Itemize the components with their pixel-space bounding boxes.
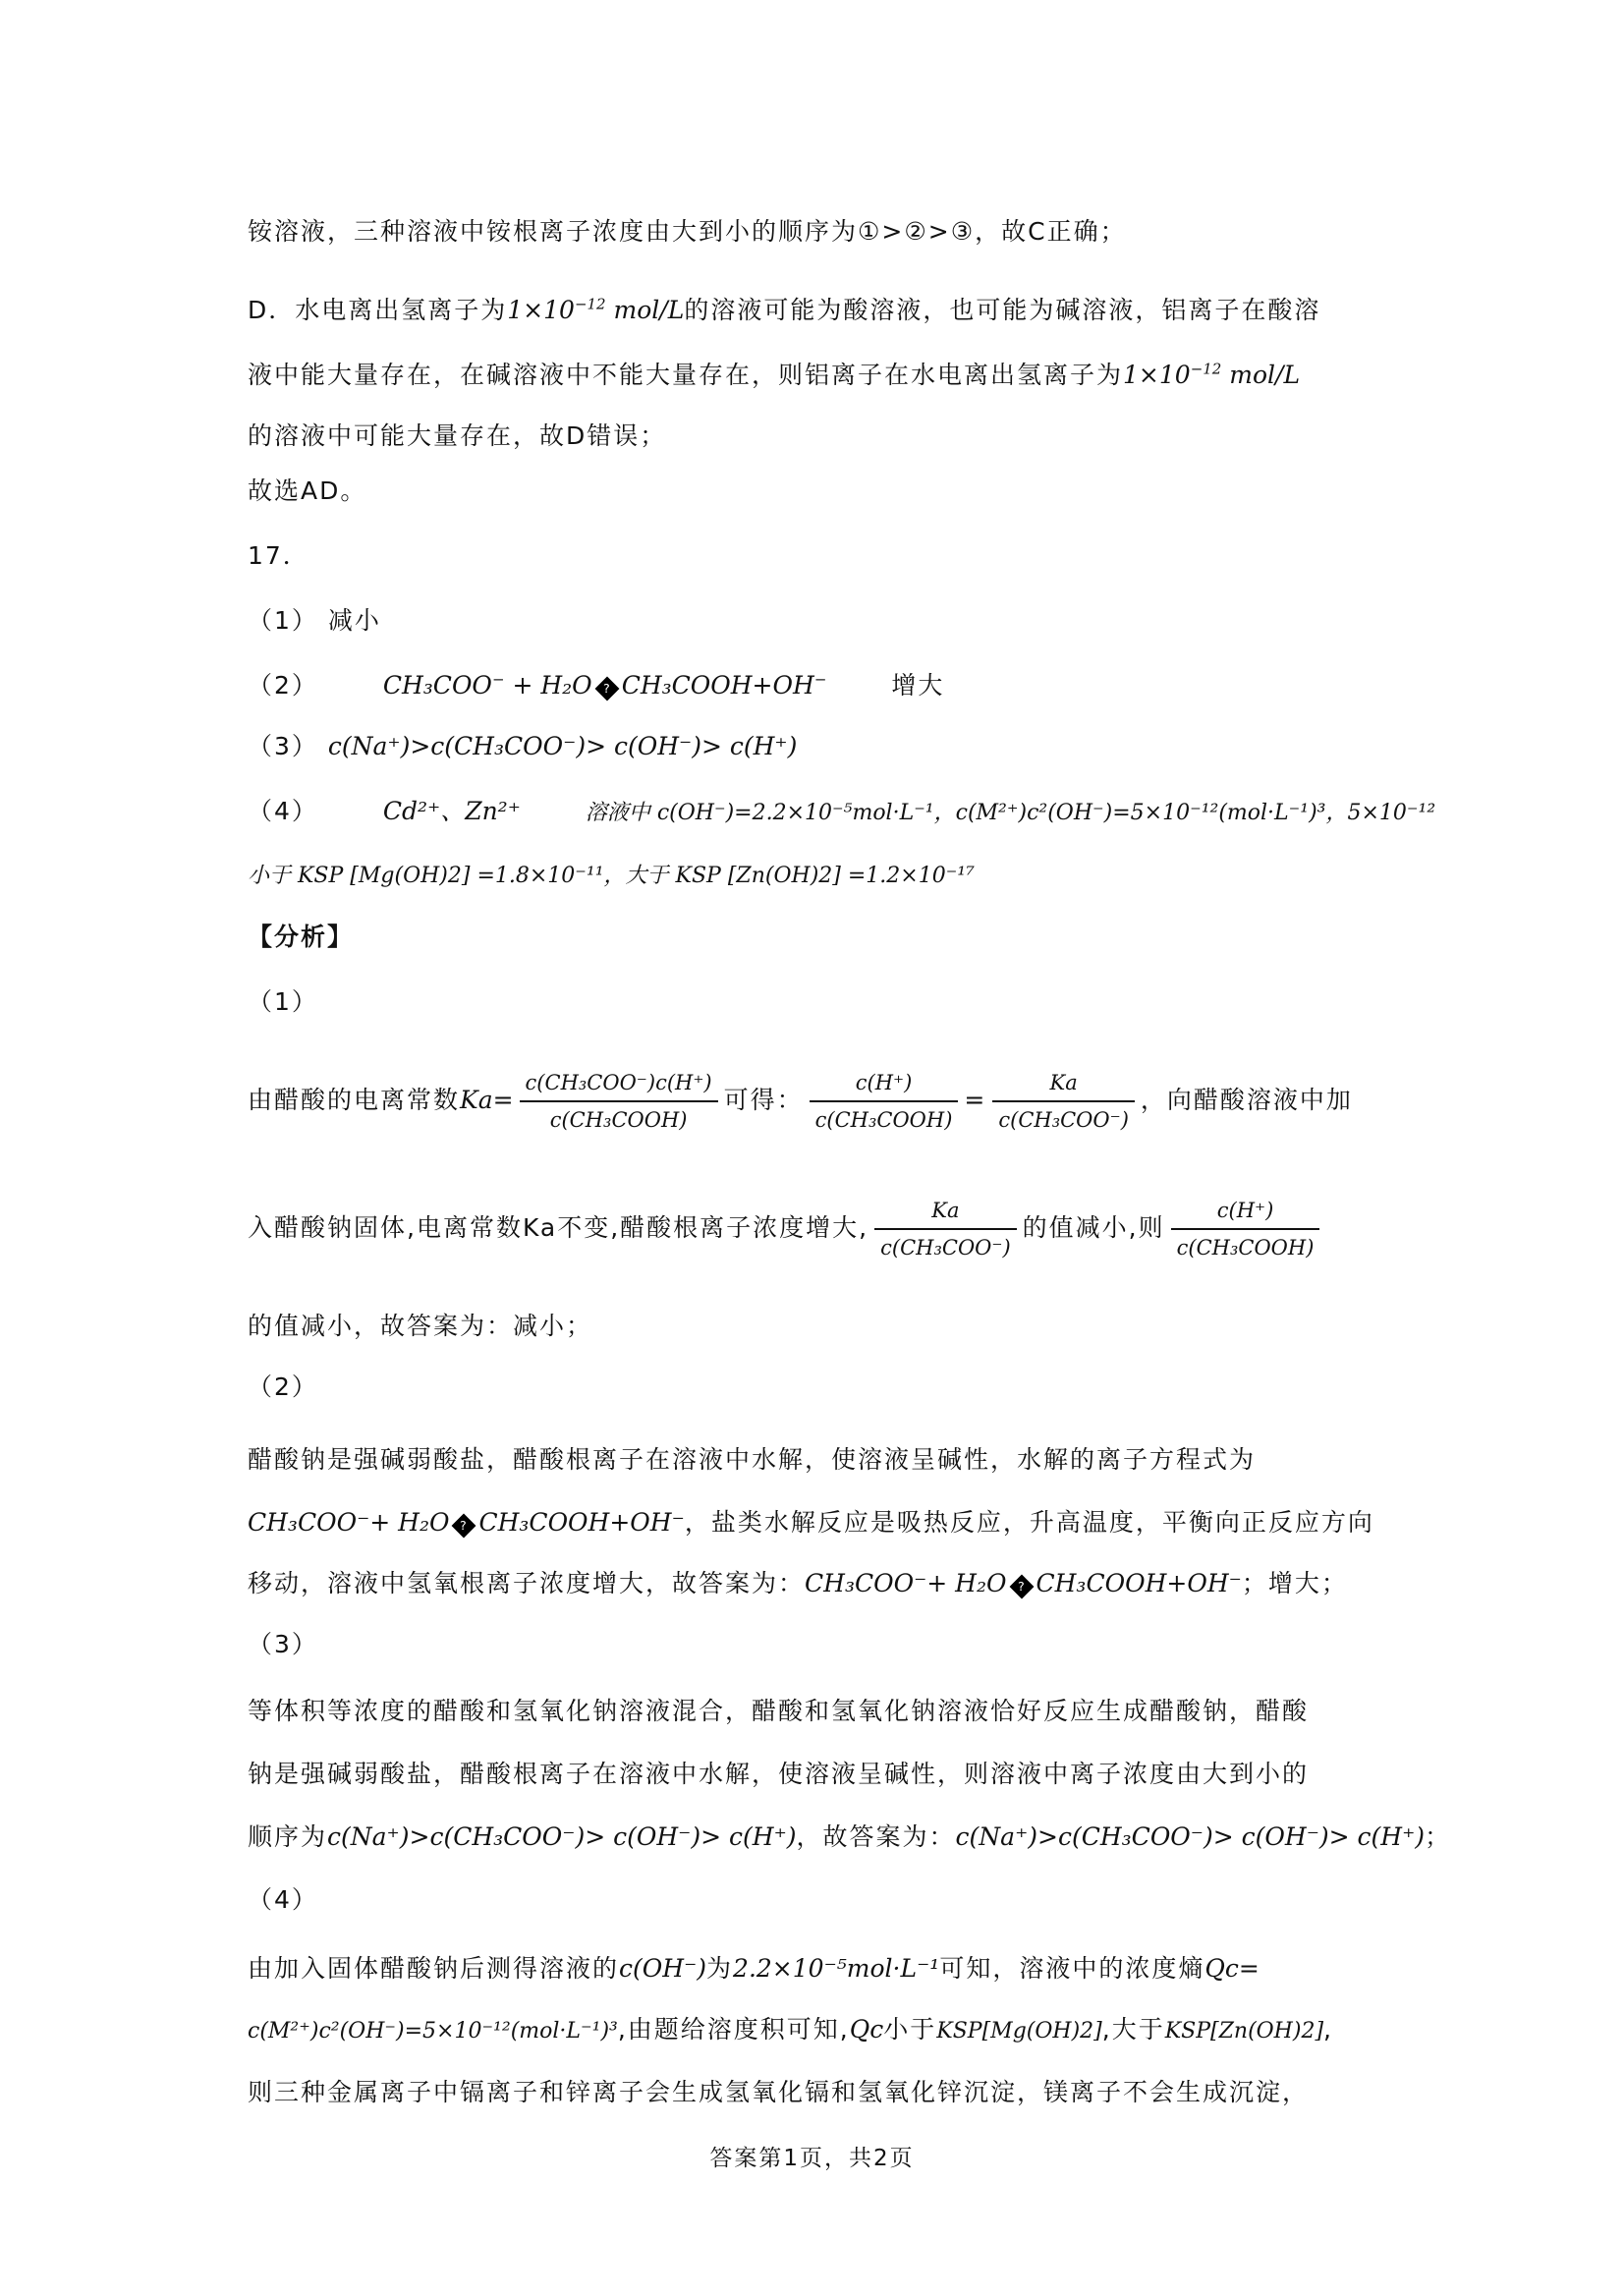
reversible-arrow-icon: ? [452,1514,476,1539]
reversible-arrow-icon: ? [594,677,619,701]
answer-label: （2） [248,671,318,700]
text-span: 可得： [724,1086,804,1114]
text-span: 的值减小,则 [1023,1213,1165,1242]
math-exponent: −12 [575,296,606,313]
ka-label: Ka= [460,1086,514,1114]
answer-label: （3） [248,732,318,760]
answer-4-line2: 小于 KSP [Mg(OH)2] =1.8×10⁻¹¹，大于 KSP [Zn(O… [248,855,975,896]
answer-ions: Cd²⁺、Zn²⁺ [383,797,521,825]
reversible-arrow-icon: ? [1009,1575,1034,1599]
answer-1: （1） 减小 [248,601,381,641]
text-line: 钠是强碱弱酸盐，醋酸根离子在溶液中水解，使溶液呈碱性，则溶液中离子浓度由大到小的 [248,1755,1309,1794]
text-line: c(M²⁺)c²(OH⁻)=5×10⁻¹²(mol·L⁻¹)³,由题给溶度积可知… [248,2010,1333,2051]
analysis-p1-line1: 由醋酸的电离常数Ka=c(CH₃COO⁻)c(H⁺)c(CH₃COOH)可得：c… [248,1051,1353,1149]
answer-text: 小于 KSP [Mg(OH)2] =1.8×10⁻¹¹，大于 KSP [Zn(O… [248,864,975,888]
answer-4: （4） Cd²⁺、Zn²⁺ 溶液中 c(OH⁻)=2.2×10⁻⁵mol·L⁻¹… [248,792,1435,833]
question-number: 17． [248,536,309,576]
document-page: 铵溶液，三种溶液中铵根离子浓度由大到小的顺序为①>②>③，故C正确； D．水电离… [0,0,1624,2296]
text-line: 移动，溶液中氢氧根离子浓度增大，故答案为：CH₃COO⁻+ H₂O?CH₃COO… [248,1564,1348,1603]
answer-text: 减小 [328,606,381,635]
text-line: 液中能大量存在，在碱溶液中不能大量存在，则铝离子在水电离出氢离子为1×10−12… [248,356,1300,395]
text-span: 入醋酸钠固体,电离常数Ka不变,醋酸根离子浓度增大, [248,1213,868,1242]
page-footer: 答案第1页，共2页 [0,2140,1624,2172]
answer-label: （1） [248,606,318,635]
analysis-label-1: （1） [248,982,318,1022]
analysis-heading: 【分析】 [248,918,354,957]
fraction-ka-ratio: Kac(CH₃COO⁻) [992,1069,1135,1134]
math-value: 1×10 [1123,361,1191,389]
answer-text: 增大 [891,671,944,700]
text-line: CH₃COO⁻+ H₂O?CH₃COOH+OH⁻，盐类水解反应是吸热反应，升高温… [248,1503,1374,1542]
math-value: 1×10 [507,296,575,324]
text-line: D．水电离出氢离子为1×10−12 mol/L的溶液可能为酸溶液，也可能为碱溶液… [248,291,1320,330]
text-span: ，向醋酸溶液中加 [1141,1086,1353,1114]
text-line: 醋酸钠是强碱弱酸盐，醋酸根离子在溶液中水解，使溶液呈碱性，水解的离子方程式为 [248,1440,1256,1480]
equation-plus: + H₂O [505,671,592,700]
answer-text: c(Na⁺)>c(CH₃COO⁻)> c(OH⁻)> c(H⁺) [328,732,798,760]
text-line: 由加入固体醋酸钠后测得溶液的c(OH⁻)为2.2×10⁻⁵mol·L⁻¹可知，溶… [248,1949,1260,1988]
text-span: 由醋酸的电离常数 [248,1086,460,1114]
text-line: 的溶液中可能大量存在，故D错误； [248,417,666,456]
answer-2: （2） CH₃COO− + H₂O?CH₃COOH+OH− 增大 [248,666,944,705]
math-exponent: −12 [1191,361,1222,378]
text-line: 铵溶液，三种溶液中铵根离子浓度由大到小的顺序为①>②>③，故C正确； [248,212,1127,252]
equation-right: CH₃COOH+OH [622,671,814,700]
analysis-label-2: （2） [248,1368,318,1407]
fraction-ka: c(CH₃COO⁻)c(H⁺)c(CH₃COOH) [520,1069,718,1134]
text-line: 则三种金属离子中镉离子和锌离子会生成氢氧化镉和氢氧化锌沉淀，镁离子不会生成沉淀， [248,2073,1309,2112]
answer-3: （3） c(Na⁺)>c(CH₃COO⁻)> c(OH⁻)> c(H⁺) [248,727,797,766]
fraction-h-ratio: c(H⁺)c(CH₃COOH) [810,1069,959,1134]
equation-left: CH₃COO [383,671,492,700]
text-span: D．水电离出氢离子为 [248,296,507,324]
text-line: 的值减小，故答案为：减小； [248,1307,592,1346]
text-span: 液中能大量存在，在碱溶液中不能大量存在，则铝离子在水电离出氢离子为 [248,361,1123,389]
text-span: 的溶液可能为酸溶液，也可能为碱溶液，铝离子在酸溶 [684,296,1320,324]
math-unit: mol/L [1221,361,1300,389]
text-line: 等体积等浓度的醋酸和氢氧化钠溶液混合，醋酸和氢氧化钠溶液恰好反应生成醋酸钠，醋酸 [248,1692,1309,1731]
fraction-h-ratio: c(H⁺)c(CH₃COOH) [1171,1197,1320,1261]
fraction-ka-ratio: Kac(CH₃COO⁻) [874,1197,1017,1261]
answer-text: 溶液中 c(OH⁻)=2.2×10⁻⁵mol·L⁻¹，c(M²⁺)c²(OH⁻)… [586,801,1435,825]
text-line: 顺序为c(Na⁺)>c(CH₃COO⁻)> c(OH⁻)> c(H⁺)，故答案为… [248,1818,1451,1857]
answer-label: （4） [248,797,318,825]
analysis-label-3: （3） [248,1625,318,1664]
text-line: 故选AD。 [248,472,366,511]
analysis-label-4: （4） [248,1880,318,1920]
math-unit: mol/L [606,296,685,324]
analysis-p1-line2: 入醋酸钠固体,电离常数Ka不变,醋酸根离子浓度增大,Kac(CH₃COO⁻)的值… [248,1179,1325,1277]
